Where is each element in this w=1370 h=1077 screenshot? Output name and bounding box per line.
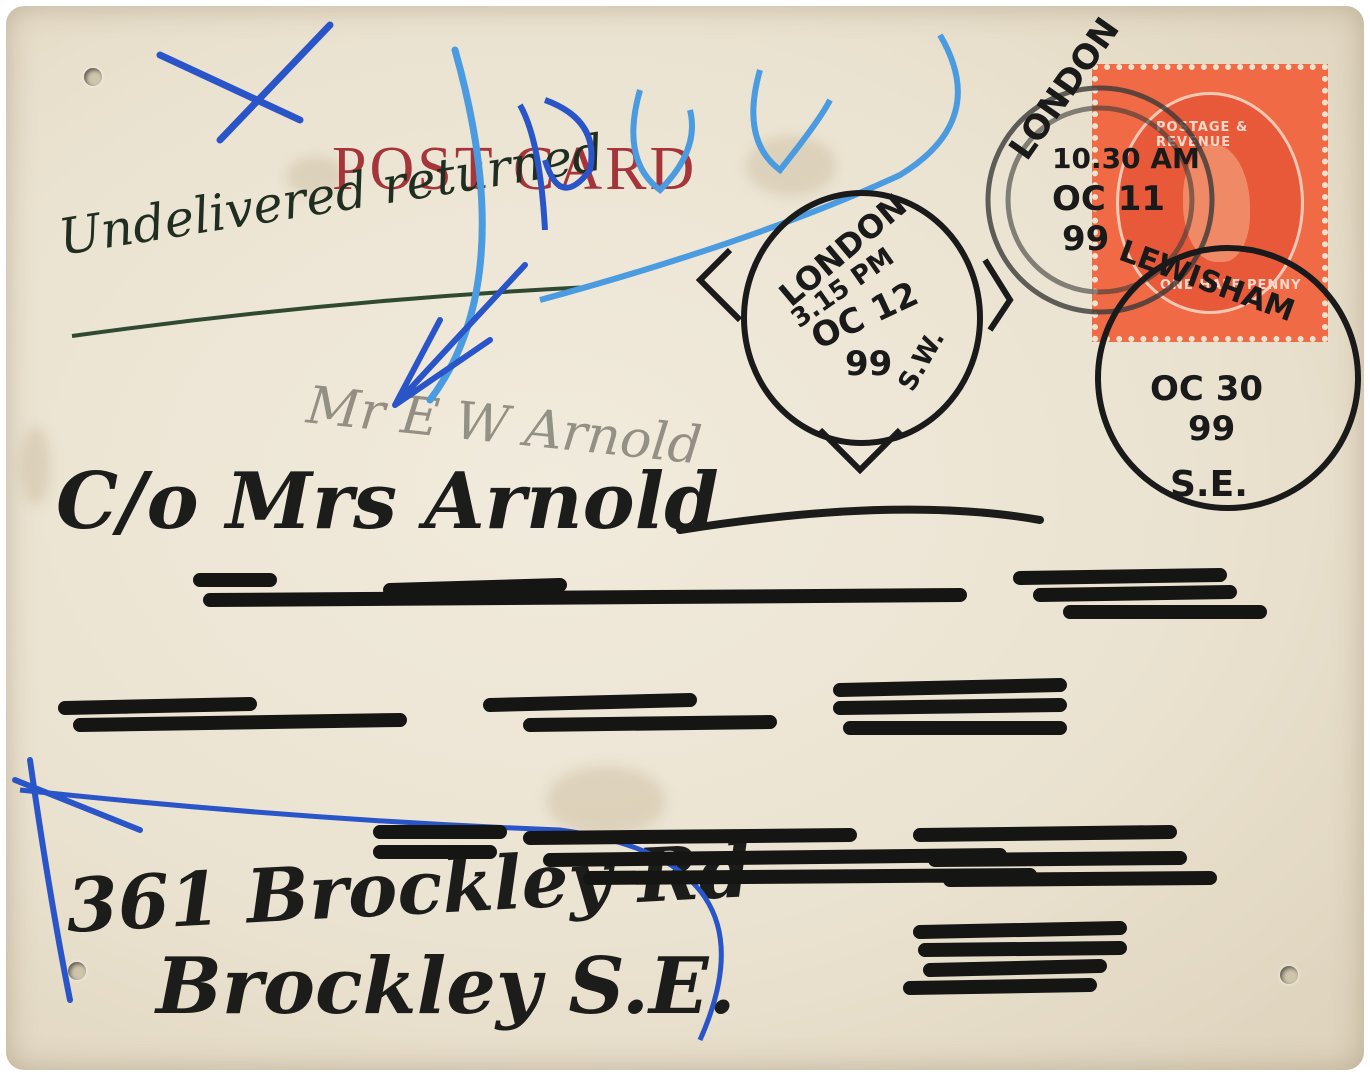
ink-flourish [680,510,1040,530]
blue-arrow-icon [395,265,525,405]
blue-curve [20,790,721,1040]
blue-letters [633,70,830,190]
postmark-year: 99 [1062,219,1109,259]
markings-layer: 10.30 AM OC 11 99 LONDON LONDON 3.15 PM … [0,0,1370,1077]
postmark-year: 99 [845,344,892,384]
green-underline [72,287,590,336]
blue-letter [520,100,592,230]
postmark-time: 10.30 AM [1052,142,1200,175]
postmark-date: OC 30 [1150,369,1263,409]
strike-through-lines [65,575,1260,988]
postmark-date: OC 11 [1052,179,1165,219]
blue-cross-icon [160,25,330,140]
postmark-district: S.E. [1170,464,1248,505]
postmark-year: 99 [1188,409,1235,449]
postmark-district: S.W. [893,325,952,396]
